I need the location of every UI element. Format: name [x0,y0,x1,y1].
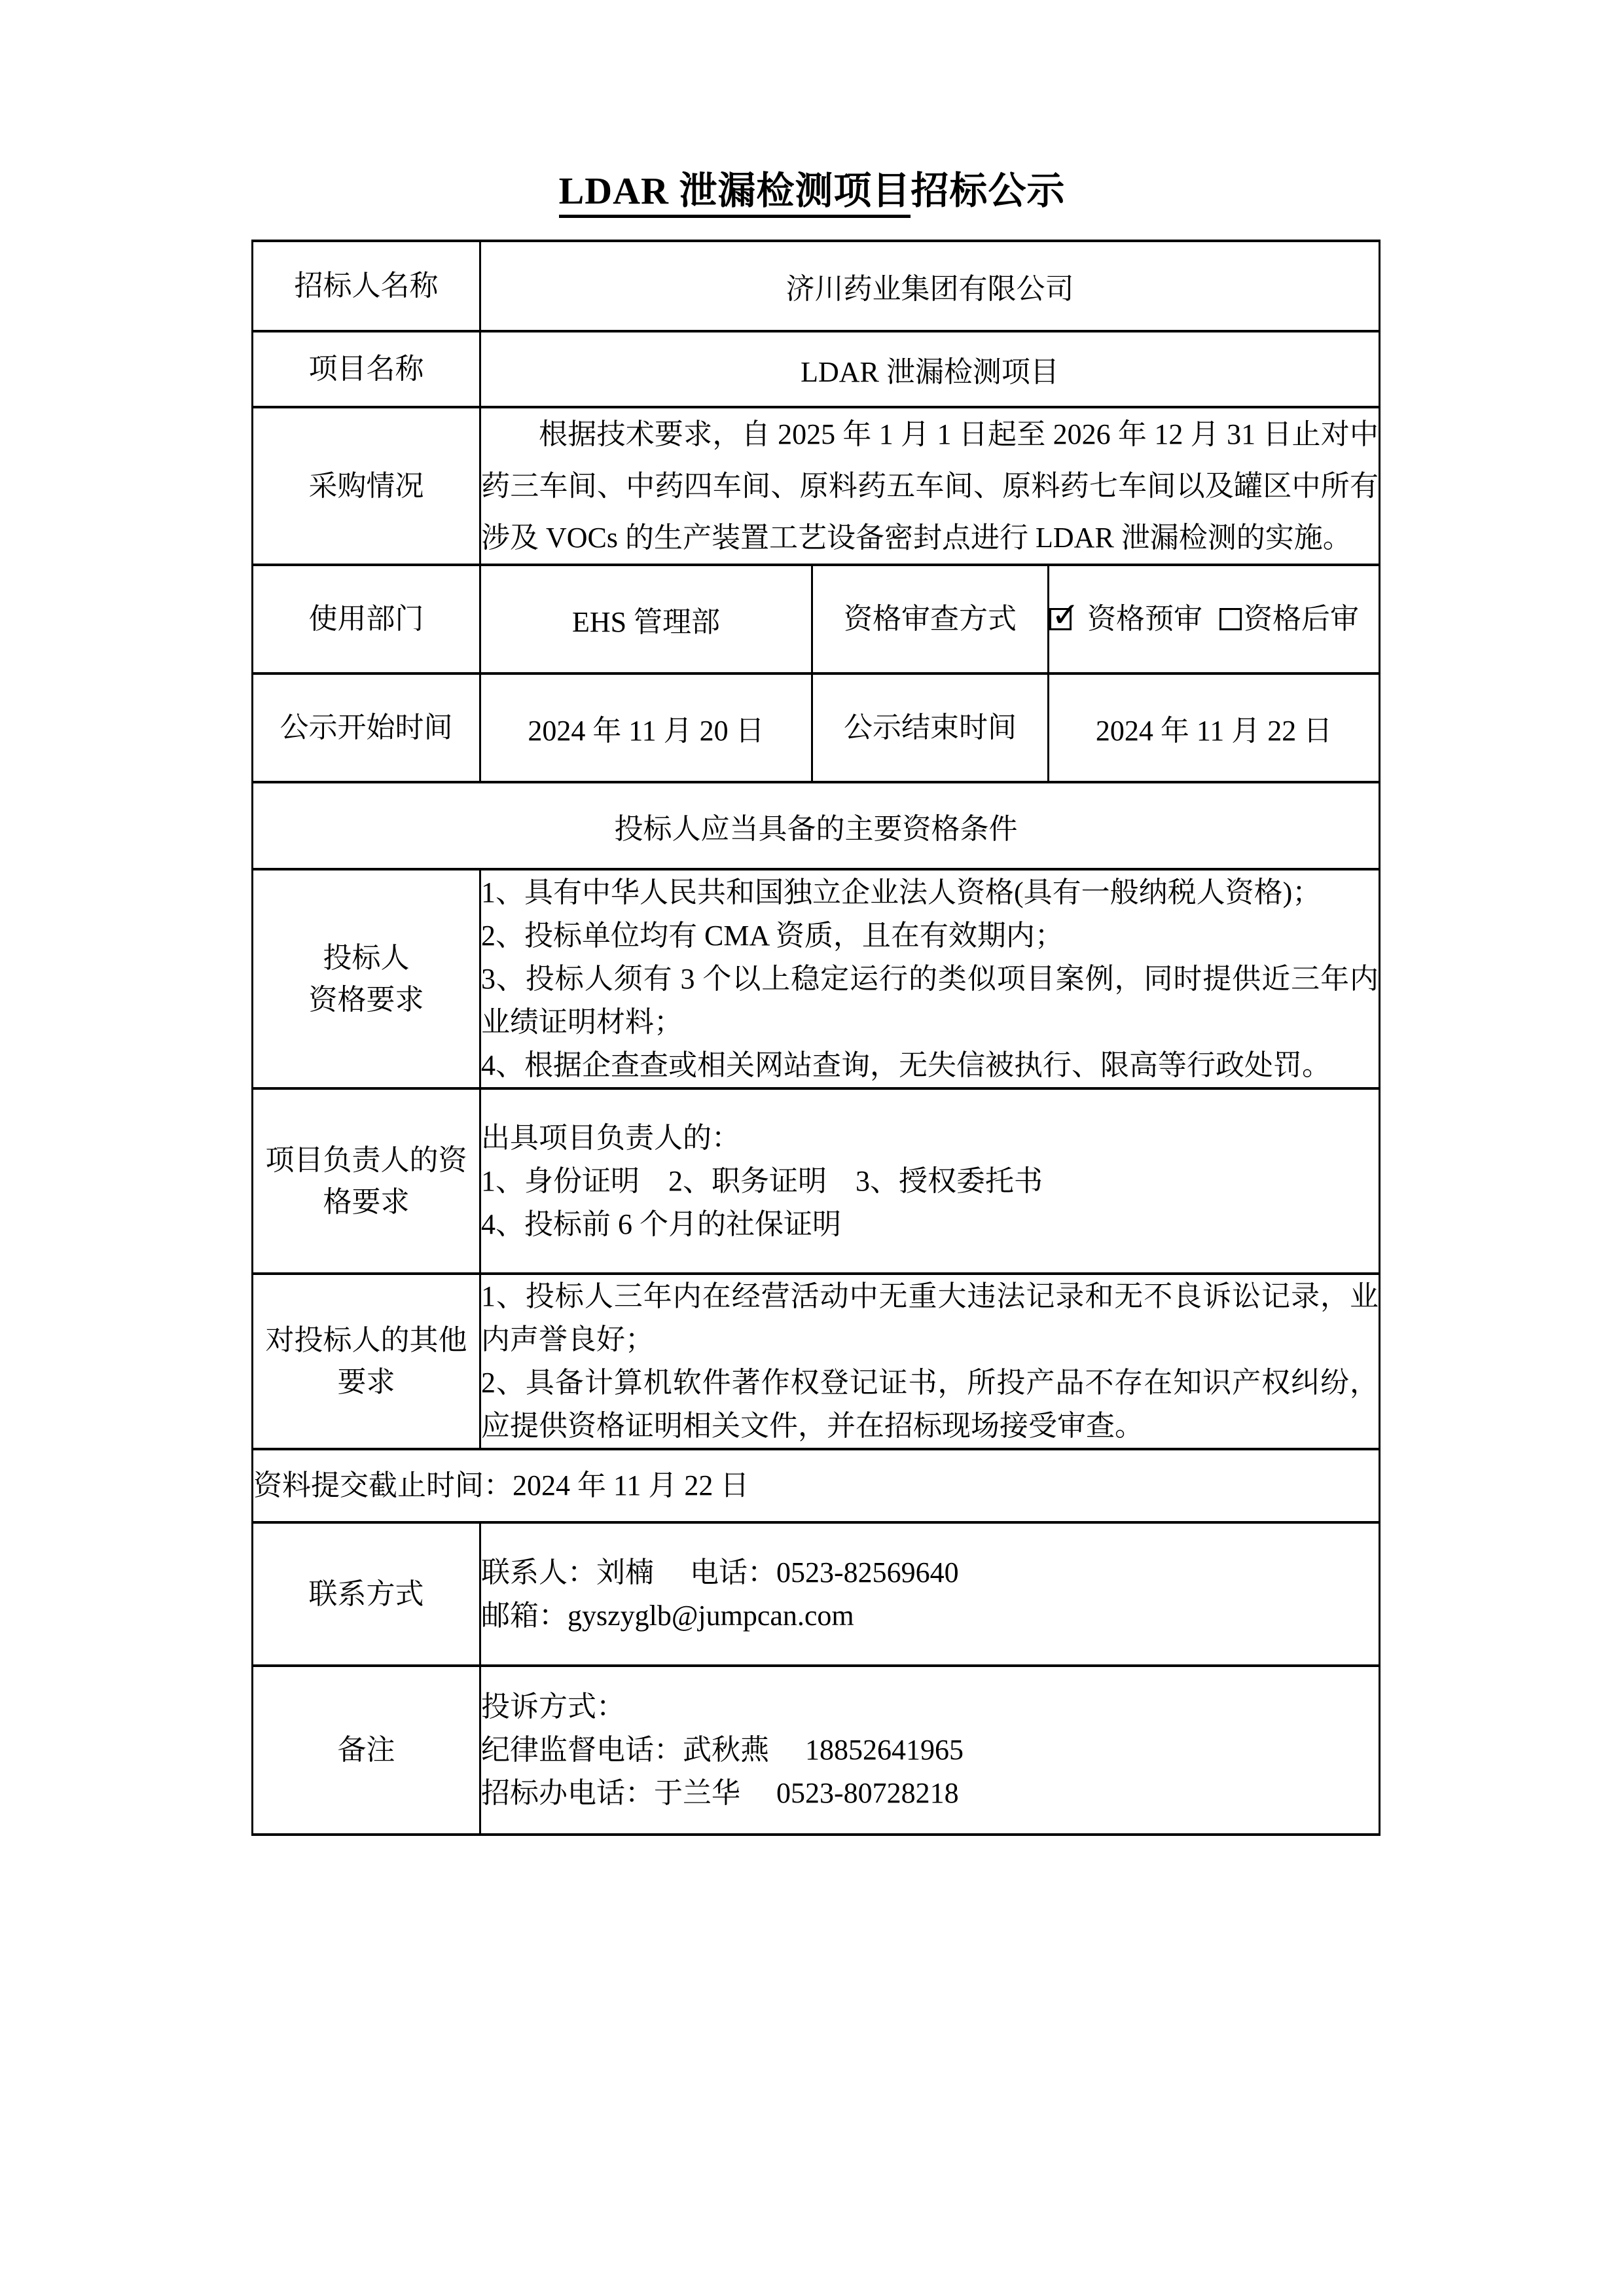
publicity-end-value: 2024 年 11 月 22 日 [1049,673,1380,782]
page-title: LDAR 泄漏检测项目招标公示 [0,170,1624,212]
qualification-review-options: 资格预审资格后审 [1049,565,1380,673]
text-line: 2、具备计算机软件著作权登记证书，所投产品不存在知识产权纠纷，应提供资格证明相关… [481,1361,1379,1448]
bidder-name-value: 济川药业集团有限公司 [480,241,1380,331]
text-line: 投标人 [253,937,479,979]
qualification-review-label: 资格审查方式 [812,565,1049,673]
procurement-label: 采购情况 [253,407,480,565]
pm-qualification-label: 项目负责人的资格要求 [253,1088,480,1274]
table-row: 使用部门 EHS 管理部 资格审查方式 资格预审资格后审 [253,565,1380,673]
table-row: 备注 投诉方式：纪律监督电话：武秋燕 18852641965招标办电话：于兰华 … [253,1666,1380,1835]
other-requirements-items: 1、投标人三年内在经营活动中无重大违法记录和无不良诉讼记录，业内声誉良好；2、具… [480,1274,1380,1449]
table-row: 公示开始时间 2024 年 11 月 20 日 公示结束时间 2024 年 11… [253,673,1380,782]
table-row: 项目负责人的资格要求 出具项目负责人的：1、身份证明 2、职务证明 3、授权委托… [253,1088,1380,1274]
title-underlined-text: LDAR 泄漏检测项目 [559,170,911,218]
table-row: 招标人名称 济川药业集团有限公司 [253,241,1380,331]
text-line: 出具项目负责人的： [481,1117,1379,1160]
text-line: 招标办电话：于兰华 0523-80728218 [481,1772,1379,1815]
publicity-start-value: 2024 年 11 月 20 日 [480,673,812,782]
table-row: 采购情况 根据技术要求，自 2025 年 1 月 1 日起至 2026 年 12… [253,407,1380,565]
bidder-name-label: 招标人名称 [253,241,480,331]
prequalification-label: 资格预审 [1087,603,1202,635]
table-row: 项目名称 LDAR 泄漏检测项目 [253,331,1380,407]
text-line: 2、投标单位均有 CMA 资质，且在有效期内； [481,914,1379,958]
text-line: 邮箱：gyszyglb@jumpcan.com [481,1594,1379,1638]
text-line: 投诉方式： [481,1685,1379,1729]
publicity-end-label: 公示结束时间 [812,673,1049,782]
remarks-label: 备注 [253,1666,480,1835]
table-row: 投标人应当具备的主要资格条件 [253,782,1380,869]
qualification-conditions-header: 投标人应当具备的主要资格条件 [253,782,1380,869]
title-suffix-text: 招标公示 [911,170,1065,212]
table-row: 投标人资格要求 1、具有中华人民共和国独立企业法人资格(具有一般纳税人资格)；2… [253,869,1380,1088]
bidder-qualification-items: 1、具有中华人民共和国独立企业法人资格(具有一般纳税人资格)；2、投标单位均有 … [480,869,1380,1088]
checkbox-checked-icon[interactable] [1049,608,1072,630]
text-line: 3、投标人须有 3 个以上稳定运行的类似项目案例，同时提供近三年内业绩证明材料； [481,958,1379,1044]
pm-qualification-lines: 出具项目负责人的：1、身份证明 2、职务证明 3、授权委托书4、投标前 6 个月… [480,1088,1380,1274]
contact-label: 联系方式 [253,1522,480,1666]
table-row: 联系方式 联系人：刘楠 电话：0523-82569640邮箱：gyszyglb@… [253,1522,1380,1666]
using-department-value: EHS 管理部 [480,565,812,673]
table-row: 资料提交截止时间：2024 年 11 月 22 日 [253,1449,1380,1522]
checkbox-unchecked-icon[interactable] [1219,608,1242,630]
publicity-start-label: 公示开始时间 [253,673,480,782]
text-line: 1、投标人三年内在经营活动中无重大违法记录和无不良诉讼记录，业内声誉良好； [481,1275,1379,1361]
remarks-lines: 投诉方式：纪律监督电话：武秋燕 18852641965招标办电话：于兰华 052… [480,1666,1380,1835]
procurement-paragraph: 根据技术要求，自 2025 年 1 月 1 日起至 2026 年 12 月 31… [481,408,1379,564]
procurement-cell: 根据技术要求，自 2025 年 1 月 1 日起至 2026 年 12 月 31… [480,407,1380,565]
text-line: 纪律监督电话：武秋燕 18852641965 [481,1729,1379,1772]
prequalification-option: 资格预审 [1049,605,1202,634]
text-line: 1、身份证明 2、职务证明 3、授权委托书 [481,1160,1379,1203]
text-line: 资格要求 [253,979,479,1021]
bidder-qualification-label: 投标人资格要求 [253,869,480,1088]
text-line: 4、根据企查查或相关网站查询，无失信被执行、限高等行政处罚。 [481,1044,1379,1087]
project-name-value: LDAR 泄漏检测项目 [480,331,1380,407]
text-line: 4、投标前 6 个月的社保证明 [481,1203,1379,1246]
announcement-table: 招标人名称 济川药业集团有限公司 项目名称 LDAR 泄漏检测项目 采购情况 根… [251,240,1380,1836]
text-line: 联系人：刘楠 电话：0523-82569640 [481,1551,1379,1594]
submission-deadline-note: 资料提交截止时间：2024 年 11 月 22 日 [253,1449,1380,1522]
project-name-label: 项目名称 [253,331,480,407]
table-row: 对投标人的其他要求 1、投标人三年内在经营活动中无重大违法记录和无不良诉讼记录，… [253,1274,1380,1449]
using-department-label: 使用部门 [253,565,480,673]
postqualification-option: 资格后审 [1219,605,1359,634]
text-line: 1、具有中华人民共和国独立企业法人资格(具有一般纳税人资格)； [481,871,1379,914]
postqualification-label: 资格后审 [1244,603,1359,635]
contact-lines: 联系人：刘楠 电话：0523-82569640邮箱：gyszyglb@jumpc… [480,1522,1380,1666]
other-requirements-label: 对投标人的其他要求 [253,1274,480,1449]
